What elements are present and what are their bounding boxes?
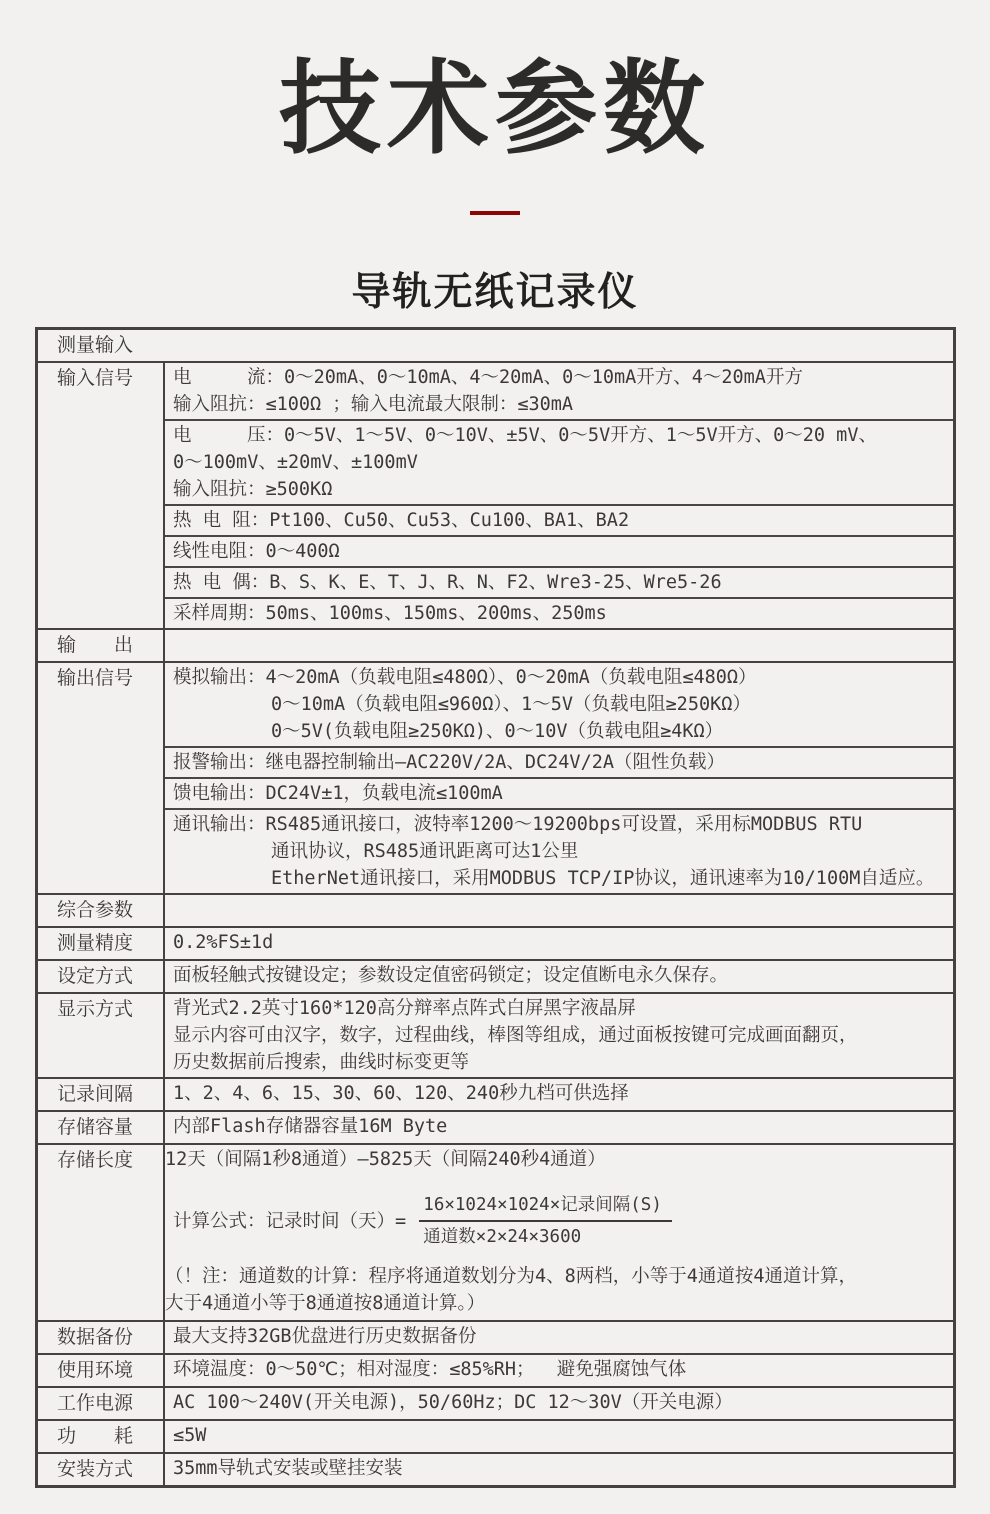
row-label: 显示方式 [38,994,165,1077]
sub-row: AC 100～240V(开关电源)，50/60Hz；DC 12～30V（开关电源… [165,1388,953,1417]
spec-row-simple: 数据备份最大支持32GB优盘进行历史数据备份 [38,1320,953,1353]
formula-notes: （！注：通道数的计算：程序将通道数划分为4、8两档，小等于4通道按4通道计算，大… [165,1263,953,1320]
row-value [165,630,953,661]
spec-row-group: 输出信号模拟输出：4～20mA（负载电阻≤480Ω）、0～20mA（负载电阻≤4… [38,661,953,893]
sub-row: 热 电 偶：B、S、K、E、T、J、R、N、F2、Wre3-25、Wre5-26 [165,566,953,597]
row-label: 综合参数 [38,895,165,926]
value-line: 12天（间隔1秒8通道）—5825天（间隔240秒4通道） [165,1146,953,1173]
value-line: 背光式2.2英寸160*120高分辩率点阵式白屏黑字液晶屏 [173,995,953,1022]
value-line: AC 100～240V(开关电源)，50/60Hz；DC 12～30V（开关电源… [173,1389,953,1416]
sub-row: ≤5W [165,1421,953,1450]
row-value: 面板轻触式按键设定；参数设定值密码锁定；设定值断电永久保存。 [165,961,953,992]
row-label: 输入信号 [38,363,165,628]
sub-row: 电 流：0～20mA、0～10mA、4～20mA、0～10mA开方、4～20mA… [165,363,953,419]
value-line: 历史数据前后搜索，曲线时标变更等 [173,1049,953,1076]
row-label: 使用环境 [38,1355,165,1386]
value-line: 面板轻触式按键设定；参数设定值密码锁定；设定值断电永久保存。 [173,962,953,989]
value-line: 馈电输出：DC24V±1，负载电流≤100mA [173,780,953,807]
sub-row: 热 电 阻：Pt100、Cu50、Cu53、Cu100、BA1、BA2 [165,504,953,535]
sub-row: 线性电阻：0～400Ω [165,535,953,566]
value-line: 采样周期：50ms、100ms、150ms、200ms、250ms [173,600,953,627]
spec-row-section: 输 出 [38,628,953,661]
spec-table: 测量输入输入信号电 流：0～20mA、0～10mA、4～20mA、0～10mA开… [35,327,956,1488]
sub-row: 采样周期：50ms、100ms、150ms、200ms、250ms [165,597,953,628]
sub-row: 背光式2.2英寸160*120高分辩率点阵式白屏黑字液晶屏显示内容可由汉字，数字… [165,994,953,1077]
sub-row: 电 压：0～5V、1～5V、0～10V、±5V、0～5V开方、1～5V开方、0～… [165,419,953,504]
sub-row: 模拟输出：4～20mA（负载电阻≤480Ω）、0～20mA（负载电阻≤480Ω）… [165,663,953,746]
page-subtitle: 导轨无纸记录仪 [0,261,990,317]
sub-row: 面板轻触式按键设定；参数设定值密码锁定；设定值断电永久保存。 [165,961,953,990]
spec-row-simple: 功 耗≤5W [38,1419,953,1452]
value-line: 大于4通道小等于8通道按8通道计算。） [165,1290,953,1317]
row-value: 35mm导轨式安装或壁挂安装 [165,1454,953,1485]
formula-numerator: 16×1024×1024×记录间隔(S) [419,1193,672,1222]
row-value: 模拟输出：4～20mA（负载电阻≤480Ω）、0～20mA（负载电阻≤480Ω）… [165,663,953,893]
row-label: 存储容量 [38,1112,165,1143]
formula-prefix: 计算公式：记录时间（天）= [173,1208,417,1235]
spec-row-group: 输入信号电 流：0～20mA、0～10mA、4～20mA、0～10mA开方、4～… [38,361,953,628]
value-line: 1、2、4、6、15、30、60、120、240秒九档可供选择 [173,1080,953,1107]
sub-row: 1、2、4、6、15、30、60、120、240秒九档可供选择 [165,1079,953,1108]
accent-divider [470,211,520,215]
value-line: 热 电 偶：B、S、K、E、T、J、R、N、F2、Wre3-25、Wre5-26 [173,569,953,596]
value-line: 显示内容可由汉字，数字，过程曲线，棒图等组成，通过面板按键可完成画面翻页， [173,1022,953,1049]
spec-row-simple: 工作电源AC 100～240V(开关电源)，50/60Hz；DC 12～30V（… [38,1386,953,1419]
row-value: 环境温度：0～50℃；相对湿度：≤85%RH； 避免强腐蚀气体 [165,1355,953,1386]
value-line: 0～100mV、±20mV、±100mV [173,449,953,476]
formula-fraction: 16×1024×1024×记录间隔(S)通道数×2×24×3600 [419,1193,672,1250]
value-line: 线性电阻：0～400Ω [173,538,953,565]
row-value: 内部Flash存储器容量16M Byte [165,1112,953,1143]
spec-row-simple: 记录间隔1、2、4、6、15、30、60、120、240秒九档可供选择 [38,1077,953,1110]
spec-row-simple: 存储容量内部Flash存储器容量16M Byte [38,1110,953,1143]
value-line: 通讯输出：RS485通讯接口，波特率1200～19200bps可设置，采用标MO… [173,811,953,838]
value-line: （！注：通道数的计算：程序将通道数划分为4、8两档，小等于4通道按4通道计算， [165,1263,953,1290]
value-line: 环境温度：0～50℃；相对湿度：≤85%RH； 避免强腐蚀气体 [173,1356,953,1383]
value-line: 最大支持32GB优盘进行历史数据备份 [173,1323,953,1350]
row-label: 输 出 [38,630,165,661]
spec-row-simple: 测量精度0.2%FS±1d [38,926,953,959]
section-header: 测量输入 [38,330,953,361]
value-line: EtherNet通讯接口，采用MODBUS TCP/IP协议，通讯速率为10/1… [173,865,953,892]
value-line: 0～5V(负载电阻≥250KΩ)、0～10V（负载电阻≥4KΩ） [173,718,953,745]
spec-row-simple: 设定方式面板轻触式按键设定；参数设定值密码锁定；设定值断电永久保存。 [38,959,953,992]
sub-row: 最大支持32GB优盘进行历史数据备份 [165,1322,953,1351]
row-value: 1、2、4、6、15、30、60、120、240秒九档可供选择 [165,1079,953,1110]
storage-formula: 计算公式：记录时间（天）= 16×1024×1024×记录间隔(S)通道数×2×… [173,1193,953,1250]
sub-row: 环境温度：0～50℃；相对湿度：≤85%RH； 避免强腐蚀气体 [165,1355,953,1384]
sub-row: 内部Flash存储器容量16M Byte [165,1112,953,1141]
sub-row: 35mm导轨式安装或壁挂安装 [165,1454,953,1483]
spec-row-full: 测量输入 [38,330,953,361]
row-label: 存储长度 [38,1145,165,1320]
row-value: 12天（间隔1秒8通道）—5825天（间隔240秒4通道）计算公式：记录时间（天… [165,1145,953,1320]
row-value: 背光式2.2英寸160*120高分辩率点阵式白屏黑字液晶屏显示内容可由汉字，数字… [165,994,953,1077]
page-title: 技术参数 [0,0,990,165]
sub-row: 馈电输出：DC24V±1，负载电流≤100mA [165,777,953,808]
value-line: ≤5W [173,1422,953,1449]
sub-row: 报警输出：继电器控制输出—AC220V/2A、DC24V/2A（阻性负载） [165,746,953,777]
value-line: 输入阻抗：≤100Ω ；输入电流最大限制：≤30mA [173,391,953,418]
sub-row: 通讯输出：RS485通讯接口，波特率1200～19200bps可设置，采用标MO… [165,808,953,893]
value-line: 电 压：0～5V、1～5V、0～10V、±5V、0～5V开方、1～5V开方、0～… [173,422,953,449]
row-label: 工作电源 [38,1388,165,1419]
sub-row: 0.2%FS±1d [165,928,953,957]
row-value: AC 100～240V(开关电源)，50/60Hz；DC 12～30V（开关电源… [165,1388,953,1419]
row-value: ≤5W [165,1421,953,1452]
value-line: 模拟输出：4～20mA（负载电阻≤480Ω）、0～20mA（负载电阻≤480Ω） [173,664,953,691]
spec-row-section: 综合参数 [38,893,953,926]
value-line: 内部Flash存储器容量16M Byte [173,1113,953,1140]
value-line: 35mm导轨式安装或壁挂安装 [173,1455,953,1482]
row-label: 测量精度 [38,928,165,959]
value-line: 0～10mA（负载电阻≤960Ω）、1～5V（负载电阻≥250KΩ） [173,691,953,718]
row-label: 设定方式 [38,961,165,992]
row-value [165,895,953,926]
row-label: 记录间隔 [38,1079,165,1110]
value-line: 报警输出：继电器控制输出—AC220V/2A、DC24V/2A（阻性负载） [173,749,953,776]
value-line: 输入阻抗：≥500KΩ [173,476,953,503]
value-line: 通讯协议，RS485通讯距离可达1公里 [173,838,953,865]
value-line: 电 流：0～20mA、0～10mA、4～20mA、0～10mA开方、4～20mA… [173,364,953,391]
spec-row-formula: 存储长度12天（间隔1秒8通道）—5825天（间隔240秒4通道）计算公式：记录… [38,1143,953,1320]
value-line: 0.2%FS±1d [173,929,953,956]
row-value: 电 流：0～20mA、0～10mA、4～20mA、0～10mA开方、4～20mA… [165,363,953,628]
row-label: 输出信号 [38,663,165,893]
row-label: 数据备份 [38,1322,165,1353]
spec-row-simple: 使用环境环境温度：0～50℃；相对湿度：≤85%RH； 避免强腐蚀气体 [38,1353,953,1386]
spec-row-simple: 显示方式背光式2.2英寸160*120高分辩率点阵式白屏黑字液晶屏显示内容可由汉… [38,992,953,1077]
value-line: 热 电 阻：Pt100、Cu50、Cu53、Cu100、BA1、BA2 [173,507,953,534]
row-value: 0.2%FS±1d [165,928,953,959]
formula-denominator: 通道数×2×24×3600 [419,1222,672,1250]
row-value: 最大支持32GB优盘进行历史数据备份 [165,1322,953,1353]
spec-row-simple: 安装方式35mm导轨式安装或壁挂安装 [38,1452,953,1485]
row-label: 安装方式 [38,1454,165,1485]
row-label: 功 耗 [38,1421,165,1452]
